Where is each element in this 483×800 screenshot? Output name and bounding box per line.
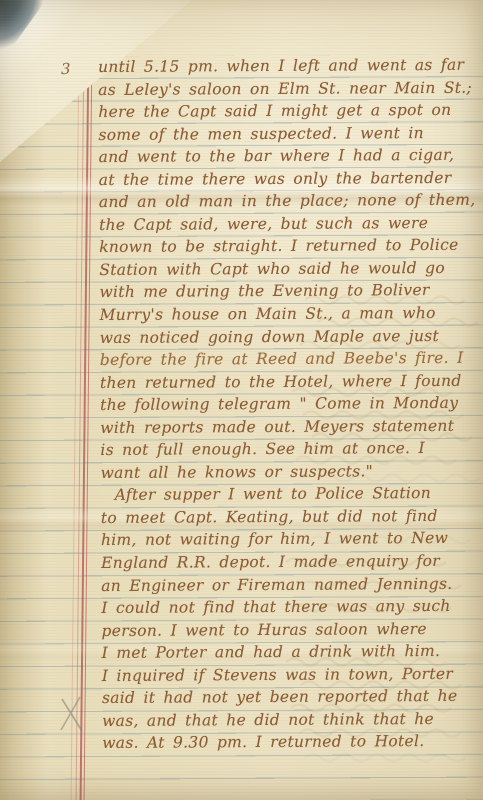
- handwriting-line: the following telegram " Come in Monday: [100, 392, 478, 417]
- handwriting-line: as Leley's saloon on Elm St. near Main S…: [98, 76, 476, 101]
- handwriting-line: and went to the bar where I had a cigar,: [99, 144, 477, 169]
- handwriting-line: Station with Capt who said he would go: [99, 257, 477, 282]
- handwriting-line: and an old man in the place; none of the…: [99, 189, 477, 214]
- handwriting-line: here the Capt said I might get a spot on: [98, 99, 476, 124]
- handwriting-line: was, and that he did not think that he: [102, 708, 480, 733]
- handwriting-line: Murry's house on Main St., a man who: [100, 302, 478, 327]
- pencil-x-mark-icon: [58, 696, 86, 734]
- page-number: 3: [61, 60, 71, 78]
- handwriting-line: known to be straight. I returned to Poli…: [99, 234, 477, 259]
- notebook-page-photo: 3 until 5.15 pm. when I left and went as…: [0, 0, 483, 800]
- handwriting-line: was. At 9.30 pm. I returned to Hotel.: [102, 730, 480, 755]
- handwriting-line: person. I went to Huras saloon where: [101, 617, 479, 642]
- handwriting-line: with me during the Evening to Boliver: [99, 279, 477, 304]
- handwriting-line: England R.R. depot. I made enquiry for: [101, 550, 479, 575]
- handwriting-line: some of the men suspected. I went in: [98, 121, 476, 146]
- handwriting-line: then returned to the Hotel, where I foun…: [100, 369, 478, 394]
- handwriting-line: at the time there was only the bartender: [99, 166, 477, 191]
- handwriting-line: said it had not yet been reported that h…: [102, 685, 480, 710]
- handwriting-block: until 5.15 pm. when I left and went as f…: [98, 54, 480, 755]
- handwriting-line: After supper I went to Police Station: [101, 482, 479, 507]
- handwriting-line: was noticed going down Maple ave just: [100, 324, 478, 349]
- handwriting-line: the Capt said, were, but such as were: [99, 212, 477, 237]
- handwriting-line: an Engineer or Fireman named Jennings.: [101, 572, 479, 597]
- handwriting-line: I met Porter and had a drink with him.: [102, 640, 480, 665]
- handwriting-line: is not full enough. See him at once. I: [100, 437, 478, 462]
- handwriting-line: I could not find that there was any such: [101, 595, 479, 620]
- handwriting-line: to meet Capt. Keating, but did not find: [101, 505, 479, 530]
- handwriting-line: until 5.15 pm. when I left and went as f…: [98, 54, 476, 79]
- handwriting-line: before the fire at Reed and Beebe's fire…: [100, 347, 478, 372]
- handwriting-line: him, not waiting for him, I went to New: [101, 527, 479, 552]
- handwriting-line: with reports made out. Meyers statement: [100, 414, 478, 439]
- handwriting-line: want all he knows or suspects.": [100, 460, 478, 485]
- handwriting-line: I inquired if Stevens was in town, Porte…: [102, 662, 480, 687]
